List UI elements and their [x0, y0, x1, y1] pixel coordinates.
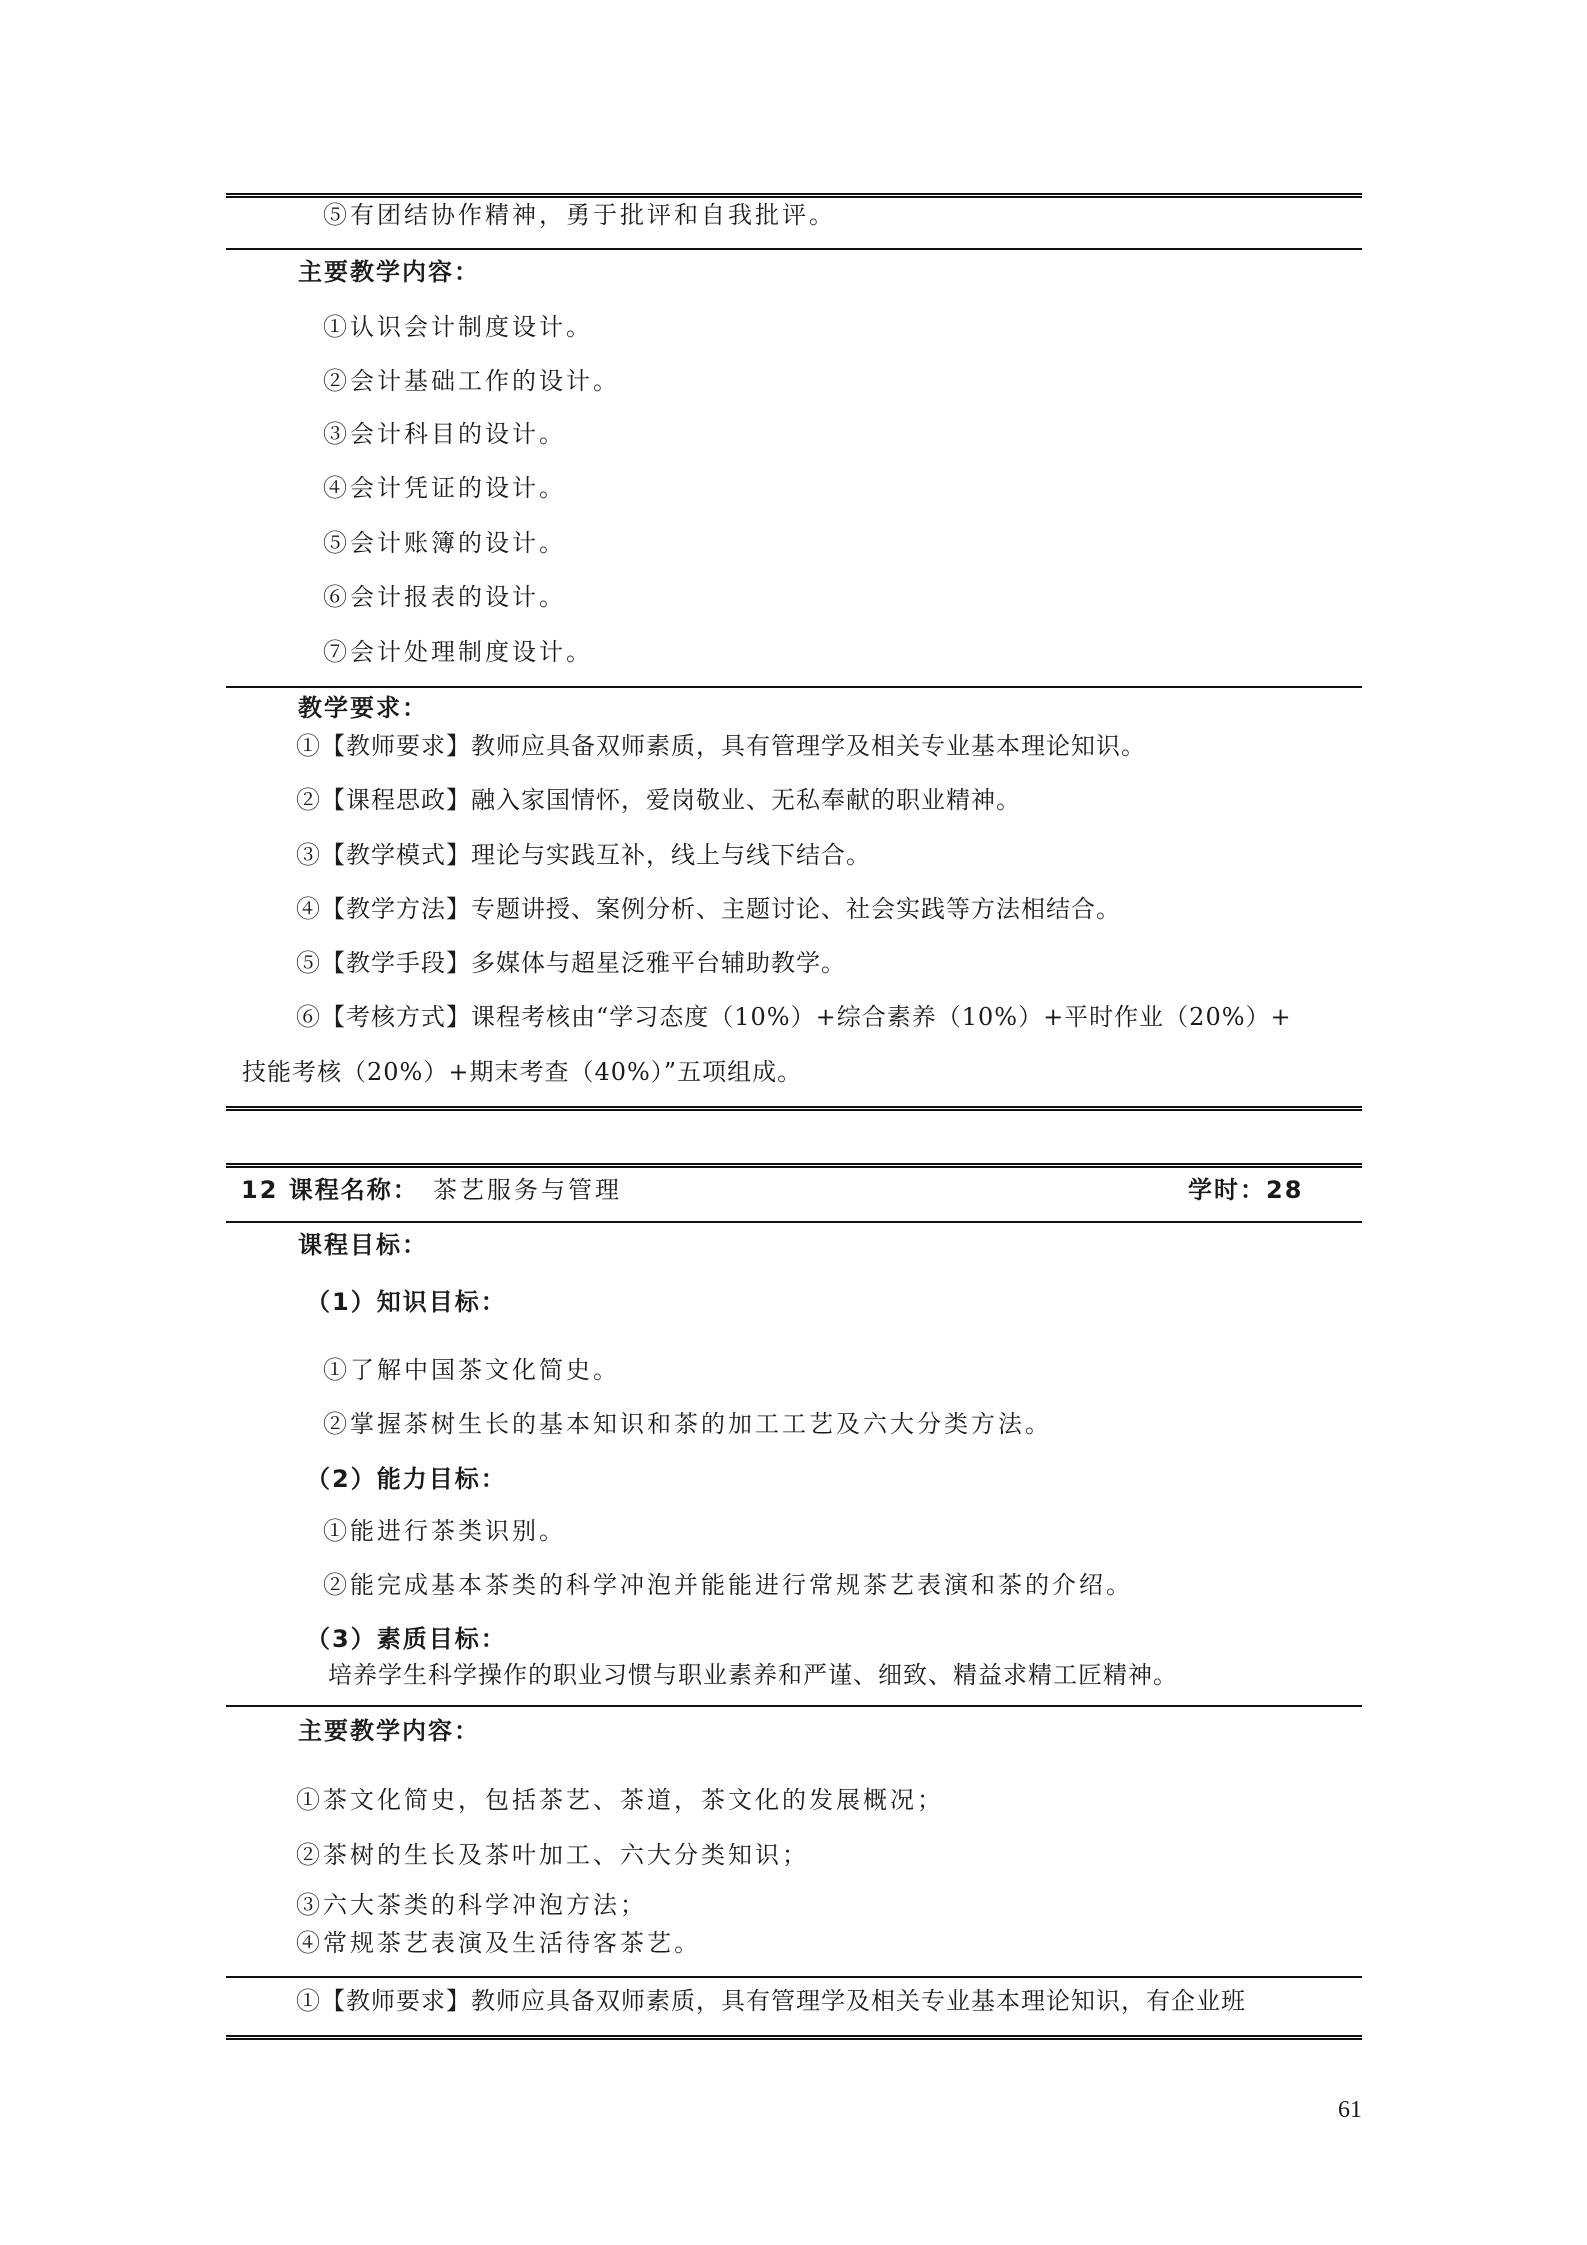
hours-value: 28 — [1266, 1176, 1303, 1204]
ability-item: ①能进行茶类识别。 — [323, 1516, 566, 1546]
subheading-ability: （2）能力目标： — [306, 1464, 507, 1494]
row-divider — [226, 1976, 1362, 1978]
course-hours: 学时：28 — [1188, 1175, 1303, 1205]
content-item: ③会计科目的设计。 — [323, 419, 566, 449]
requirement-item: ③【教学模式】理论与实践互补，线上与线下结合。 — [296, 840, 871, 870]
requirement-item-continued: 技能考核（20%）+期末考查（40%）”五项组成。 — [242, 1057, 802, 1087]
course-name-label: 课程名称： — [289, 1176, 419, 1204]
content-item: ①茶文化简史，包括茶艺、茶道，茶文化的发展概况； — [296, 1785, 944, 1815]
table-top-border — [226, 1163, 1362, 1168]
section-heading-goals: 课程目标： — [298, 1230, 428, 1260]
subheading-quality: （3）素质目标： — [306, 1624, 507, 1654]
content-item: ⑦会计处理制度设计。 — [323, 637, 593, 667]
course-name-value: 茶艺服务与管理 — [433, 1175, 622, 1205]
knowledge-item: ②掌握茶树生长的基本知识和茶的加工工艺及六大分类方法。 — [323, 1409, 1052, 1439]
table-bottom-border — [226, 2035, 1362, 2040]
section-heading-content: 主要教学内容： — [298, 257, 480, 287]
content-item: ⑤会计账簿的设计。 — [323, 528, 566, 558]
row-divider — [226, 248, 1362, 250]
requirement-item: ④【教学方法】专题讲授、案例分析、主题讨论、社会实践等方法相结合。 — [296, 894, 1121, 924]
requirement-item: ①【教师要求】教师应具备双师素质，具有管理学及相关专业基本理论知识。 — [296, 731, 1146, 761]
knowledge-item: ①了解中国茶文化简史。 — [323, 1355, 620, 1385]
content-item: ②会计基础工作的设计。 — [323, 366, 620, 396]
goal-item: ⑤有团结协作精神，勇于批评和自我批评。 — [323, 200, 836, 230]
content-item: ①认识会计制度设计。 — [323, 312, 593, 342]
row-divider — [226, 1705, 1362, 1707]
requirement-item: ⑥【考核方式】课程考核由“学习态度（10%）+综合素养（10%）+平时作业（20… — [296, 1002, 1292, 1032]
content-item: ②茶树的生长及茶叶加工、六大分类知识； — [296, 1840, 809, 1870]
requirement-item: ①【教师要求】教师应具备双师素质，具有管理学及相关专业基本理论知识，有企业班 — [296, 1986, 1246, 2016]
ability-item: ②能完成基本茶类的科学冲泡并能能进行常规茶艺表演和茶的介绍。 — [323, 1570, 1133, 1600]
row-divider — [226, 686, 1362, 688]
content-item: ③六大茶类的科学冲泡方法； — [296, 1890, 647, 1920]
requirement-item: ②【课程思政】融入家国情怀，爱岗敬业、无私奉献的职业精神。 — [296, 785, 1021, 815]
table-top-border — [226, 193, 1362, 198]
row-divider — [226, 1221, 1362, 1223]
section-heading-requirements: 教学要求： — [298, 693, 428, 723]
content-item: ⑥会计报表的设计。 — [323, 582, 566, 612]
page-number: 61 — [1338, 2097, 1362, 2124]
requirement-item: ⑤【教学手段】多媒体与超星泛雅平台辅助教学。 — [296, 948, 846, 978]
course-header: 12 课程名称： — [241, 1175, 419, 1205]
hours-label: 学时： — [1188, 1176, 1266, 1204]
subheading-knowledge: （1）知识目标： — [306, 1287, 507, 1317]
quality-text: 培养学生科学操作的职业习惯与职业素养和严谨、细致、精益求精工匠精神。 — [328, 1660, 1178, 1690]
content-item: ④会计凭证的设计。 — [323, 473, 566, 503]
section-heading-content: 主要教学内容： — [298, 1716, 480, 1746]
table-bottom-border — [226, 1106, 1362, 1111]
content-item: ④常规茶艺表演及生活待客茶艺。 — [296, 1928, 701, 1958]
course-number: 12 — [241, 1176, 278, 1204]
